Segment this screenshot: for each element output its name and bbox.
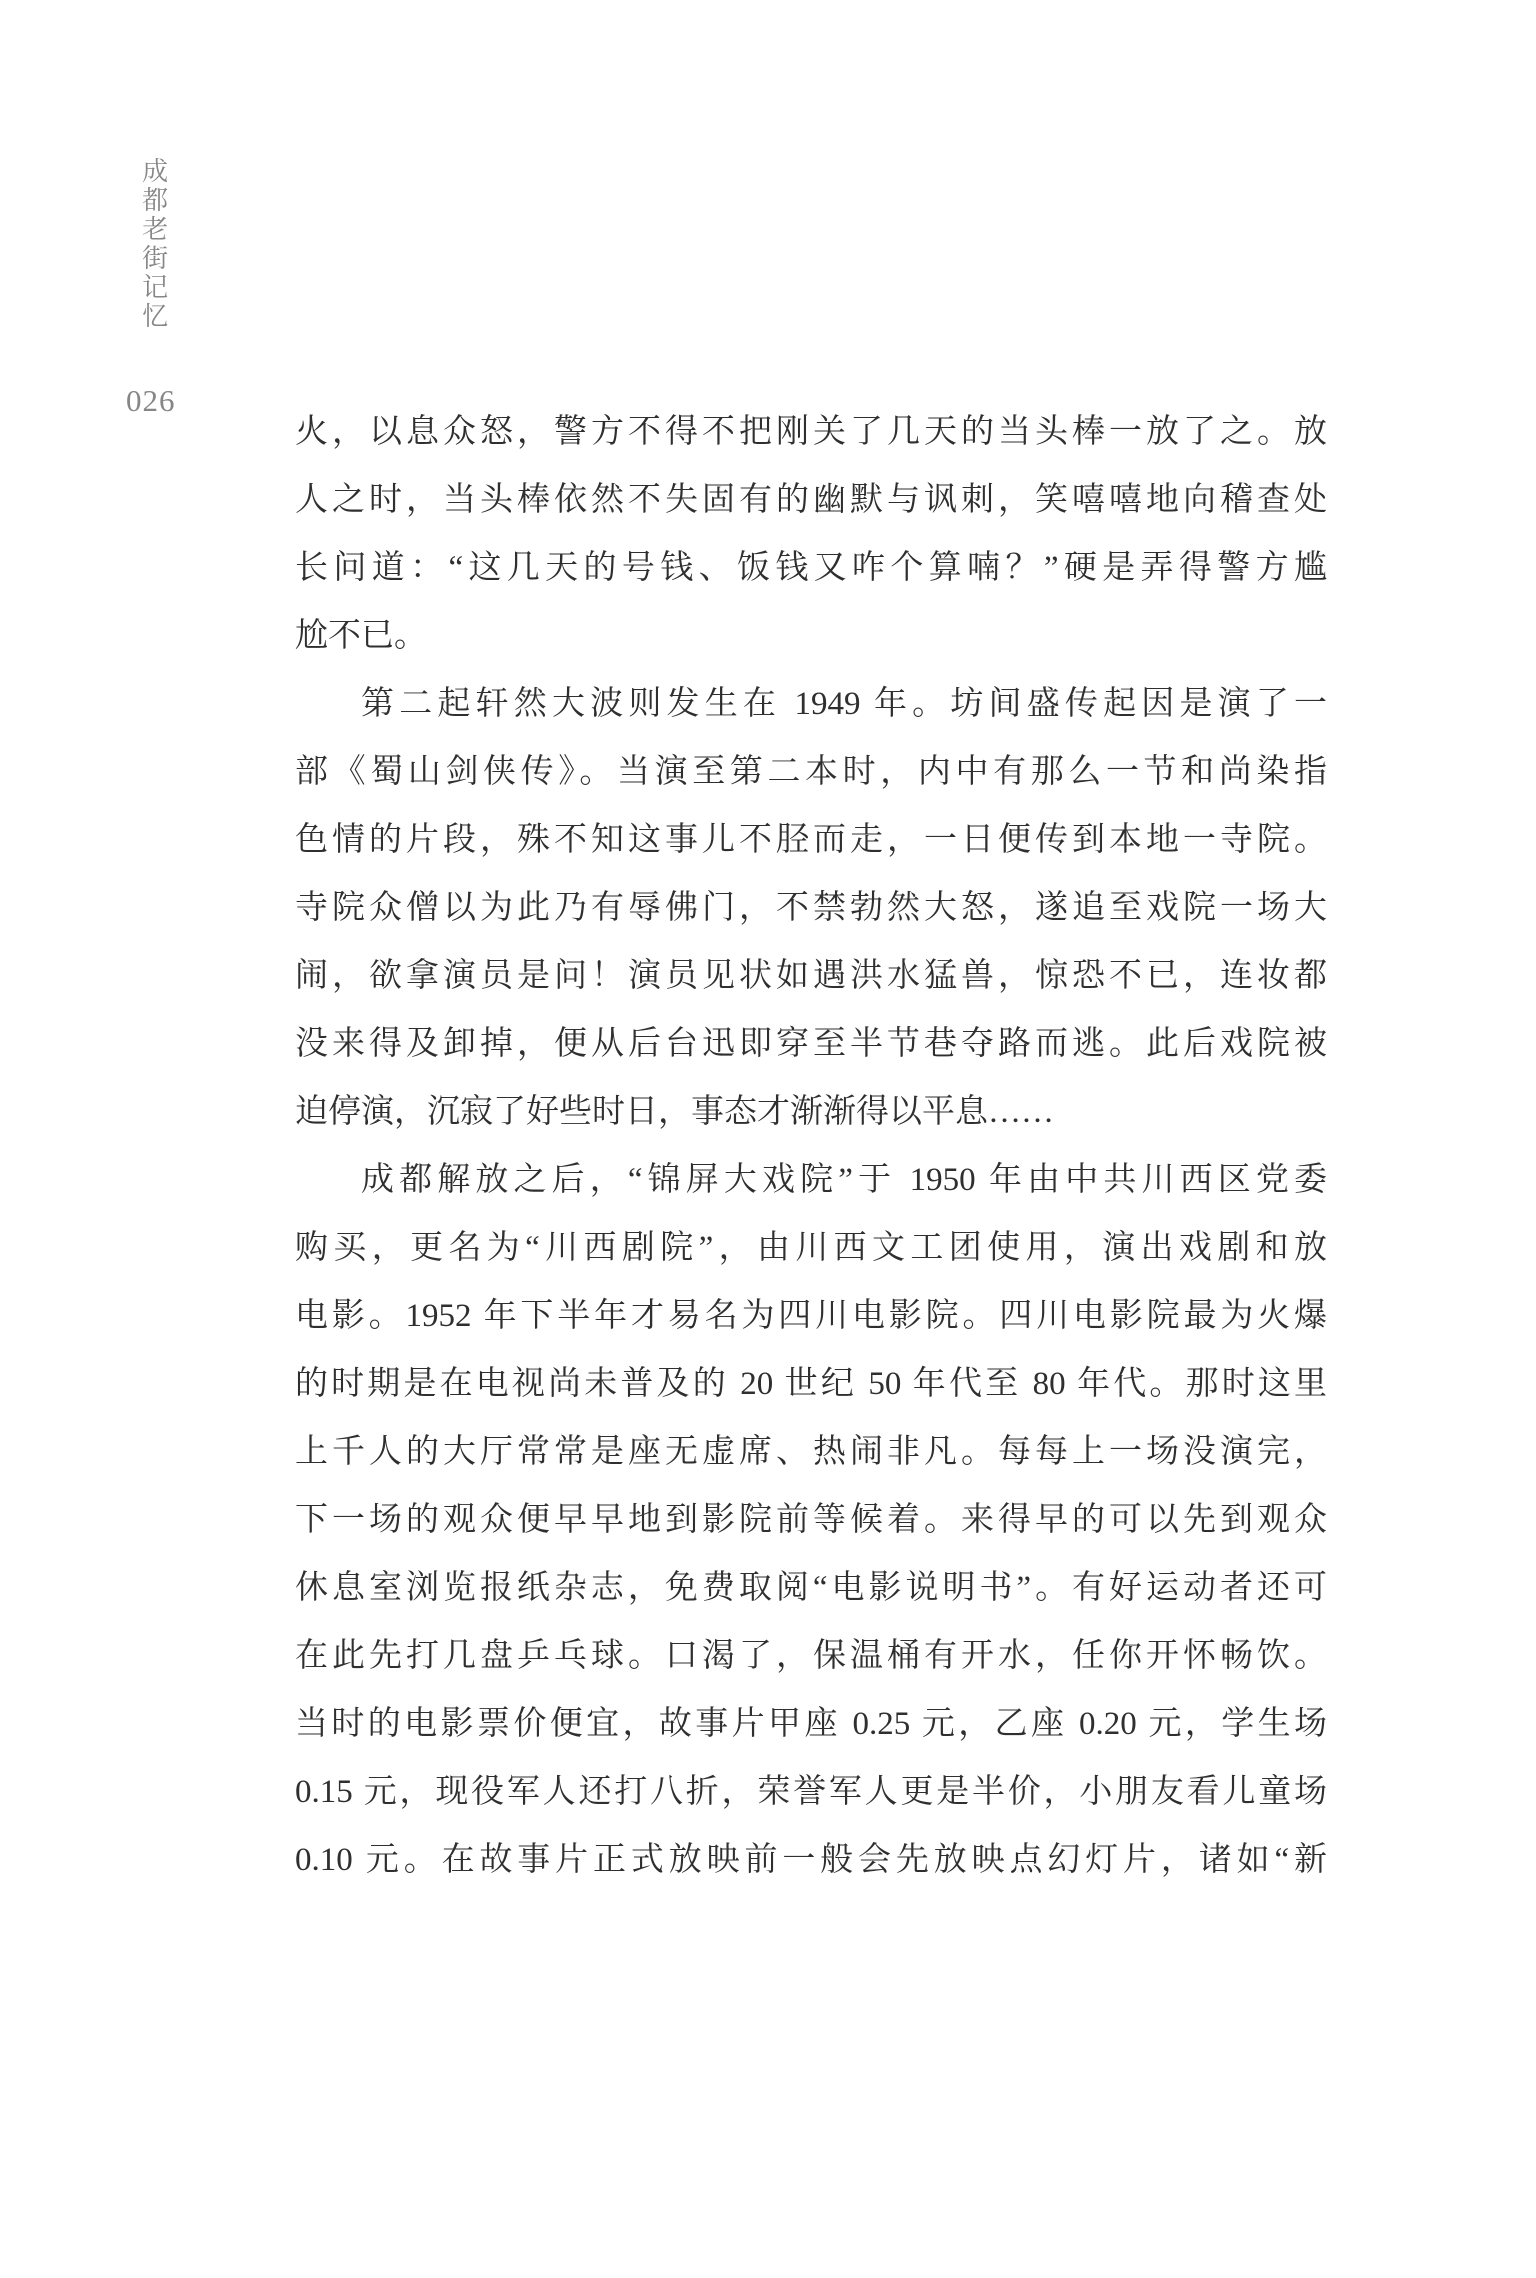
text-line: 在此先打几盘乒乓球。口渴了，保温桶有开水，任你开怀畅饮。	[295, 1622, 1327, 1690]
page-number: 026	[126, 383, 176, 419]
text-line: 色情的片段，殊不知这事儿不胫而走，一日便传到本地一寺院。	[295, 806, 1327, 874]
text-line: 休息室浏览报纸杂志，免费取阅“电影说明书”。有好运动者还可	[295, 1554, 1327, 1622]
book-page: 成都老街记忆 026 火，以息众怒，警方不得不把刚关了几天的当头棒一放了之。放人…	[0, 0, 1536, 2278]
text-line: 下一场的观众便早早地到影院前等候着。来得早的可以先到观众	[295, 1486, 1327, 1554]
text-line: 电影。1952 年下半年才易名为四川电影院。四川电影院最为火爆	[295, 1282, 1327, 1350]
text-line: 长问道：“这几天的号钱、饭钱又咋个算喃？”硬是弄得警方尴	[295, 534, 1327, 602]
text-line: 的时期是在电视尚未普及的 20 世纪 50 年代至 80 年代。那时这里	[295, 1350, 1327, 1418]
text-line: 寺院众僧以为此乃有辱佛门，不禁勃然大怒，遂追至戏院一场大	[295, 874, 1327, 942]
text-line: 购买，更名为“川西剧院”，由川西文工团使用，演出戏剧和放	[295, 1214, 1327, 1282]
body-text: 火，以息众怒，警方不得不把刚关了几天的当头棒一放了之。放人之时，当头棒依然不失固…	[295, 398, 1327, 1894]
text-line: 闹，欲拿演员是问！演员见状如遇洪水猛兽，惊恐不已，连妆都	[295, 942, 1327, 1010]
text-line: 人之时，当头棒依然不失固有的幽默与讽刺，笑嘻嘻地向稽查处	[295, 466, 1327, 534]
text-line: 火，以息众怒，警方不得不把刚关了几天的当头棒一放了之。放	[295, 398, 1327, 466]
text-line: 当时的电影票价便宜，故事片甲座 0.25 元，乙座 0.20 元，学生场	[295, 1690, 1327, 1758]
text-line: 上千人的大厅常常是座无虚席、热闹非凡。每每上一场没演完，	[295, 1418, 1327, 1486]
text-line: 0.10 元。在故事片正式放映前一般会先放映点幻灯片，诸如“新	[295, 1826, 1327, 1894]
text-line: 尬不已。	[295, 602, 1327, 670]
text-line: 迫停演，沉寂了好些时日，事态才渐渐得以平息……	[295, 1078, 1327, 1146]
text-line: 部《蜀山剑侠传》。当演至第二本时，内中有那么一节和尚染指	[295, 738, 1327, 806]
text-line: 第二起轩然大波则发生在 1949 年。坊间盛传起因是演了一	[295, 670, 1327, 738]
text-line: 没来得及卸掉，便从后台迅即穿至半节巷夺路而逃。此后戏院被	[295, 1010, 1327, 1078]
book-title-vertical: 成都老街记忆	[138, 157, 167, 331]
text-line: 0.15 元，现役军人还打八折，荣誉军人更是半价，小朋友看儿童场	[295, 1758, 1327, 1826]
text-line: 成都解放之后，“锦屏大戏院”于 1950 年由中共川西区党委	[295, 1146, 1327, 1214]
